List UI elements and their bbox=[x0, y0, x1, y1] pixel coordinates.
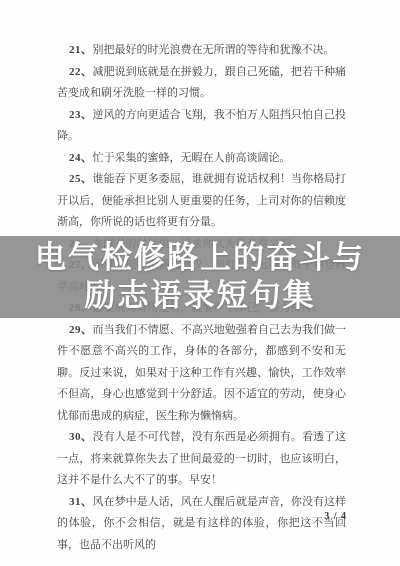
quote-paragraph: 24、忙于采集的蜜蜂，无暇在人前高谈阔论。 bbox=[57, 148, 346, 170]
quote-number: 25、 bbox=[69, 173, 93, 185]
quote-paragraph: 21、别把最好的时光浪费在无所谓的等待和犹豫不决。 bbox=[57, 40, 346, 62]
quote-text: 逆风的方向更适合飞翔，我不怕万人阻挡只怕自己投降。 bbox=[57, 109, 346, 143]
quote-number: 21、 bbox=[69, 44, 93, 56]
quote-text: 而当我们不情愿、不高兴地勉强着自己去为我们做一件不愿意不高兴的工作，身体的各部分… bbox=[57, 324, 346, 422]
quote-paragraph: 29、而当我们不情愿、不高兴地勉强着自己去为我们做一件不愿意不高兴的工作，身体的… bbox=[57, 320, 346, 428]
watermark-band: 电气检修路上的奋斗与 励志语录短句集 bbox=[0, 236, 400, 318]
quote-number: 29、 bbox=[69, 324, 93, 336]
watermark-title-line1: 电气检修路上的奋斗与 bbox=[35, 239, 365, 277]
quote-number: 23、 bbox=[69, 109, 93, 121]
quote-text: 别把最好的时光浪费在无所谓的等待和犹豫不决。 bbox=[93, 44, 335, 56]
quote-number: 24、 bbox=[69, 152, 93, 164]
quote-paragraph: 23、逆风的方向更适合飞翔，我不怕万人阻挡只怕自己投降。 bbox=[57, 105, 346, 148]
quote-text: 减肥说到底就是在拼毅力，跟自己死磕，把若干种痛苦变成和刷牙洗脸一样的习惯。 bbox=[57, 66, 346, 100]
quote-paragraph: 30、没有人是不可代替，没有东西是必须拥有。看透了这一点，将来就算你失去了世间最… bbox=[57, 427, 346, 492]
quote-number: 30、 bbox=[69, 431, 93, 443]
quote-text: 风在梦中是人话，风在人醒后就是声音，你没有这样的体验，你不会相信，就是有这样的体… bbox=[57, 496, 346, 551]
document-page: 21、别把最好的时光浪费在无所谓的等待和犹豫不决。 22、减肥说到底就是在拼毅力… bbox=[0, 0, 400, 566]
watermark-title-line2: 励志语录短句集 bbox=[85, 277, 316, 315]
quote-text: 谁能吞下更多委屈，谁就拥有说话权利！当你格局打开以后，便能承担比别人更重要的任务… bbox=[57, 173, 346, 228]
quote-paragraph: 25、谁能吞下更多委屈，谁就拥有说话权利！当你格局打开以后，便能承担比别人更重要… bbox=[57, 169, 346, 234]
quote-text: 忙于采集的蜜蜂，无暇在人前高谈阔论。 bbox=[93, 152, 291, 164]
page-number: 3 / 4 bbox=[57, 511, 347, 522]
quote-text: 没有人是不可代替，没有东西是必须拥有。看透了这一点，将来就算你失去了世间最爱的一… bbox=[57, 431, 346, 486]
quote-number: 31、 bbox=[69, 496, 93, 508]
quote-paragraph: 31、风在梦中是人话，风在人醒后就是声音，你没有这样的体验，你不会相信，就是有这… bbox=[57, 492, 346, 557]
quote-number: 22、 bbox=[69, 66, 93, 78]
quote-paragraph: 22、减肥说到底就是在拼毅力，跟自己死磕，把若干种痛苦变成和刷牙洗脸一样的习惯。 bbox=[57, 62, 346, 105]
